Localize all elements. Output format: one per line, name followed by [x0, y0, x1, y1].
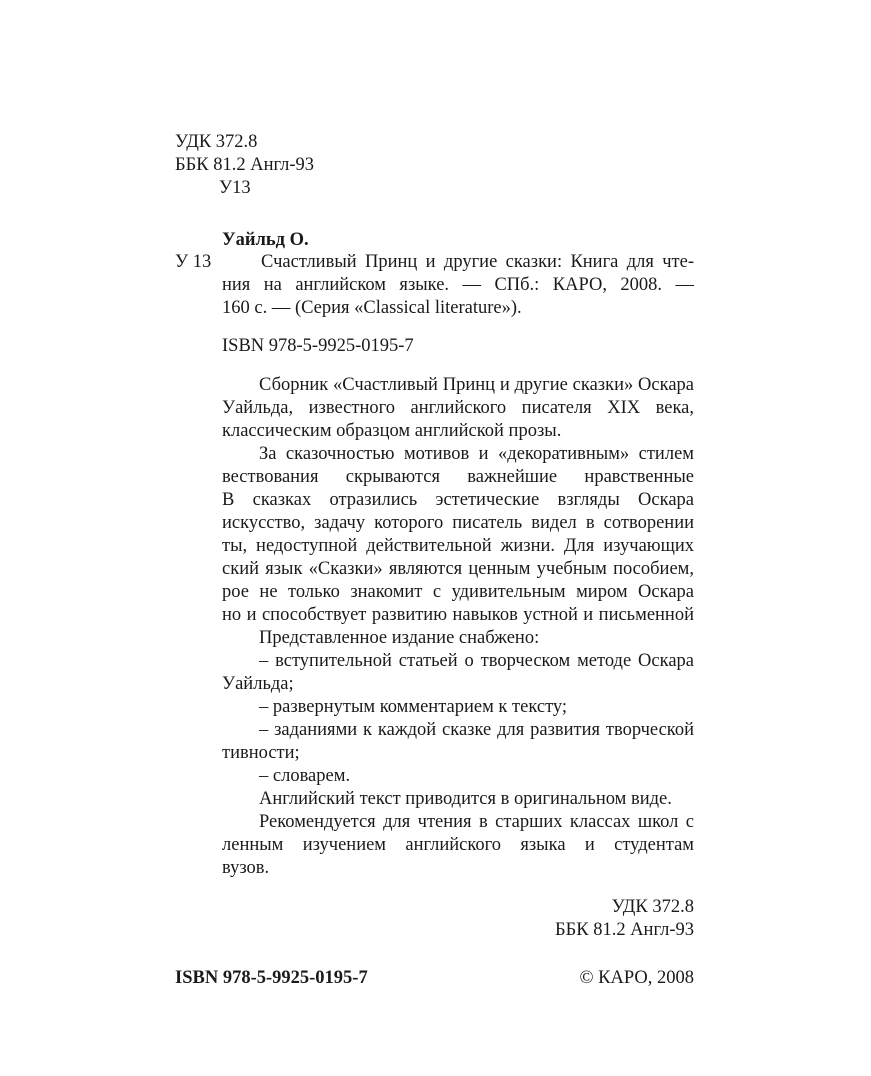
- annotation-line: Сборник «Счастливый Принц и другие сказк…: [259, 374, 694, 396]
- annotation-line: но и способствует развитию навыков устно…: [222, 604, 694, 626]
- isbn: ISBN 978-5-9925-0195-7: [222, 335, 414, 357]
- annotation-line: В сказках отразились эстетические взгляд…: [222, 489, 694, 511]
- author-mark-inline: У 13: [175, 251, 211, 273]
- copyright-page: УДК 372.8 ББК 81.2 Англ-93 У13 Уайльд О.…: [0, 0, 871, 1076]
- annotation-line: Уайльда;: [222, 673, 294, 695]
- description-line: ния на английском языке. — СПб.: КАРО, 2…: [222, 274, 694, 296]
- annotation-list-item: – словарем.: [259, 765, 350, 787]
- annotation-line: классическим образцом английской прозы.: [222, 420, 561, 442]
- annotation-line: Уайльда, известного английского писателя…: [222, 397, 694, 419]
- annotation-line: вузов.: [222, 857, 269, 879]
- annotation-line: рое не только знакомит с удивительным ми…: [222, 581, 694, 603]
- annotation-line: Английский текст приводится в оригинальн…: [259, 788, 672, 810]
- annotation-list-item: – вступительной статьей о творческом мет…: [259, 650, 694, 672]
- footer-bbk-code: ББК 81.2 Англ-93: [444, 919, 694, 941]
- footer-udk-code: УДК 372.8: [494, 896, 694, 918]
- copyright-notice: © КАРО, 2008: [494, 967, 694, 989]
- annotation-line: Рекомендуется для чтения в старших класс…: [259, 811, 694, 833]
- annotation-line: Представленное издание снабжено:: [259, 627, 539, 649]
- annotation-line: ты, недоступной действительной жизни. Дл…: [222, 535, 694, 557]
- description-line: Счастливый Принц и другие сказки: Книга …: [261, 251, 694, 273]
- bbk-code: ББК 81.2 Англ-93: [175, 154, 314, 176]
- annotation-line: искусство, задачу которого писатель виде…: [222, 512, 694, 534]
- description-line: 160 с. — (Серия «Classical literature»).: [222, 297, 522, 319]
- annotation-line: ский язык «Сказки» являются ценным учебн…: [222, 558, 694, 580]
- author-name: Уайльд О.: [222, 229, 309, 251]
- annotation-list-item: – заданиями к каждой сказке для развития…: [259, 719, 694, 741]
- annotation-line: вествования скрываются важнейшие нравств…: [222, 466, 694, 488]
- author-mark: У13: [219, 177, 251, 199]
- annotation-line: ленным изучением английского языка и сту…: [222, 834, 694, 856]
- annotation-line: тивности;: [222, 742, 300, 764]
- udk-code: УДК 372.8: [175, 131, 257, 153]
- footer-isbn: ISBN 978-5-9925-0195-7: [175, 967, 368, 989]
- annotation-list-item: – развернутым комментарием к тексту;: [259, 696, 567, 718]
- annotation-line: За сказочностью мотивов и «декоративным»…: [259, 443, 694, 465]
